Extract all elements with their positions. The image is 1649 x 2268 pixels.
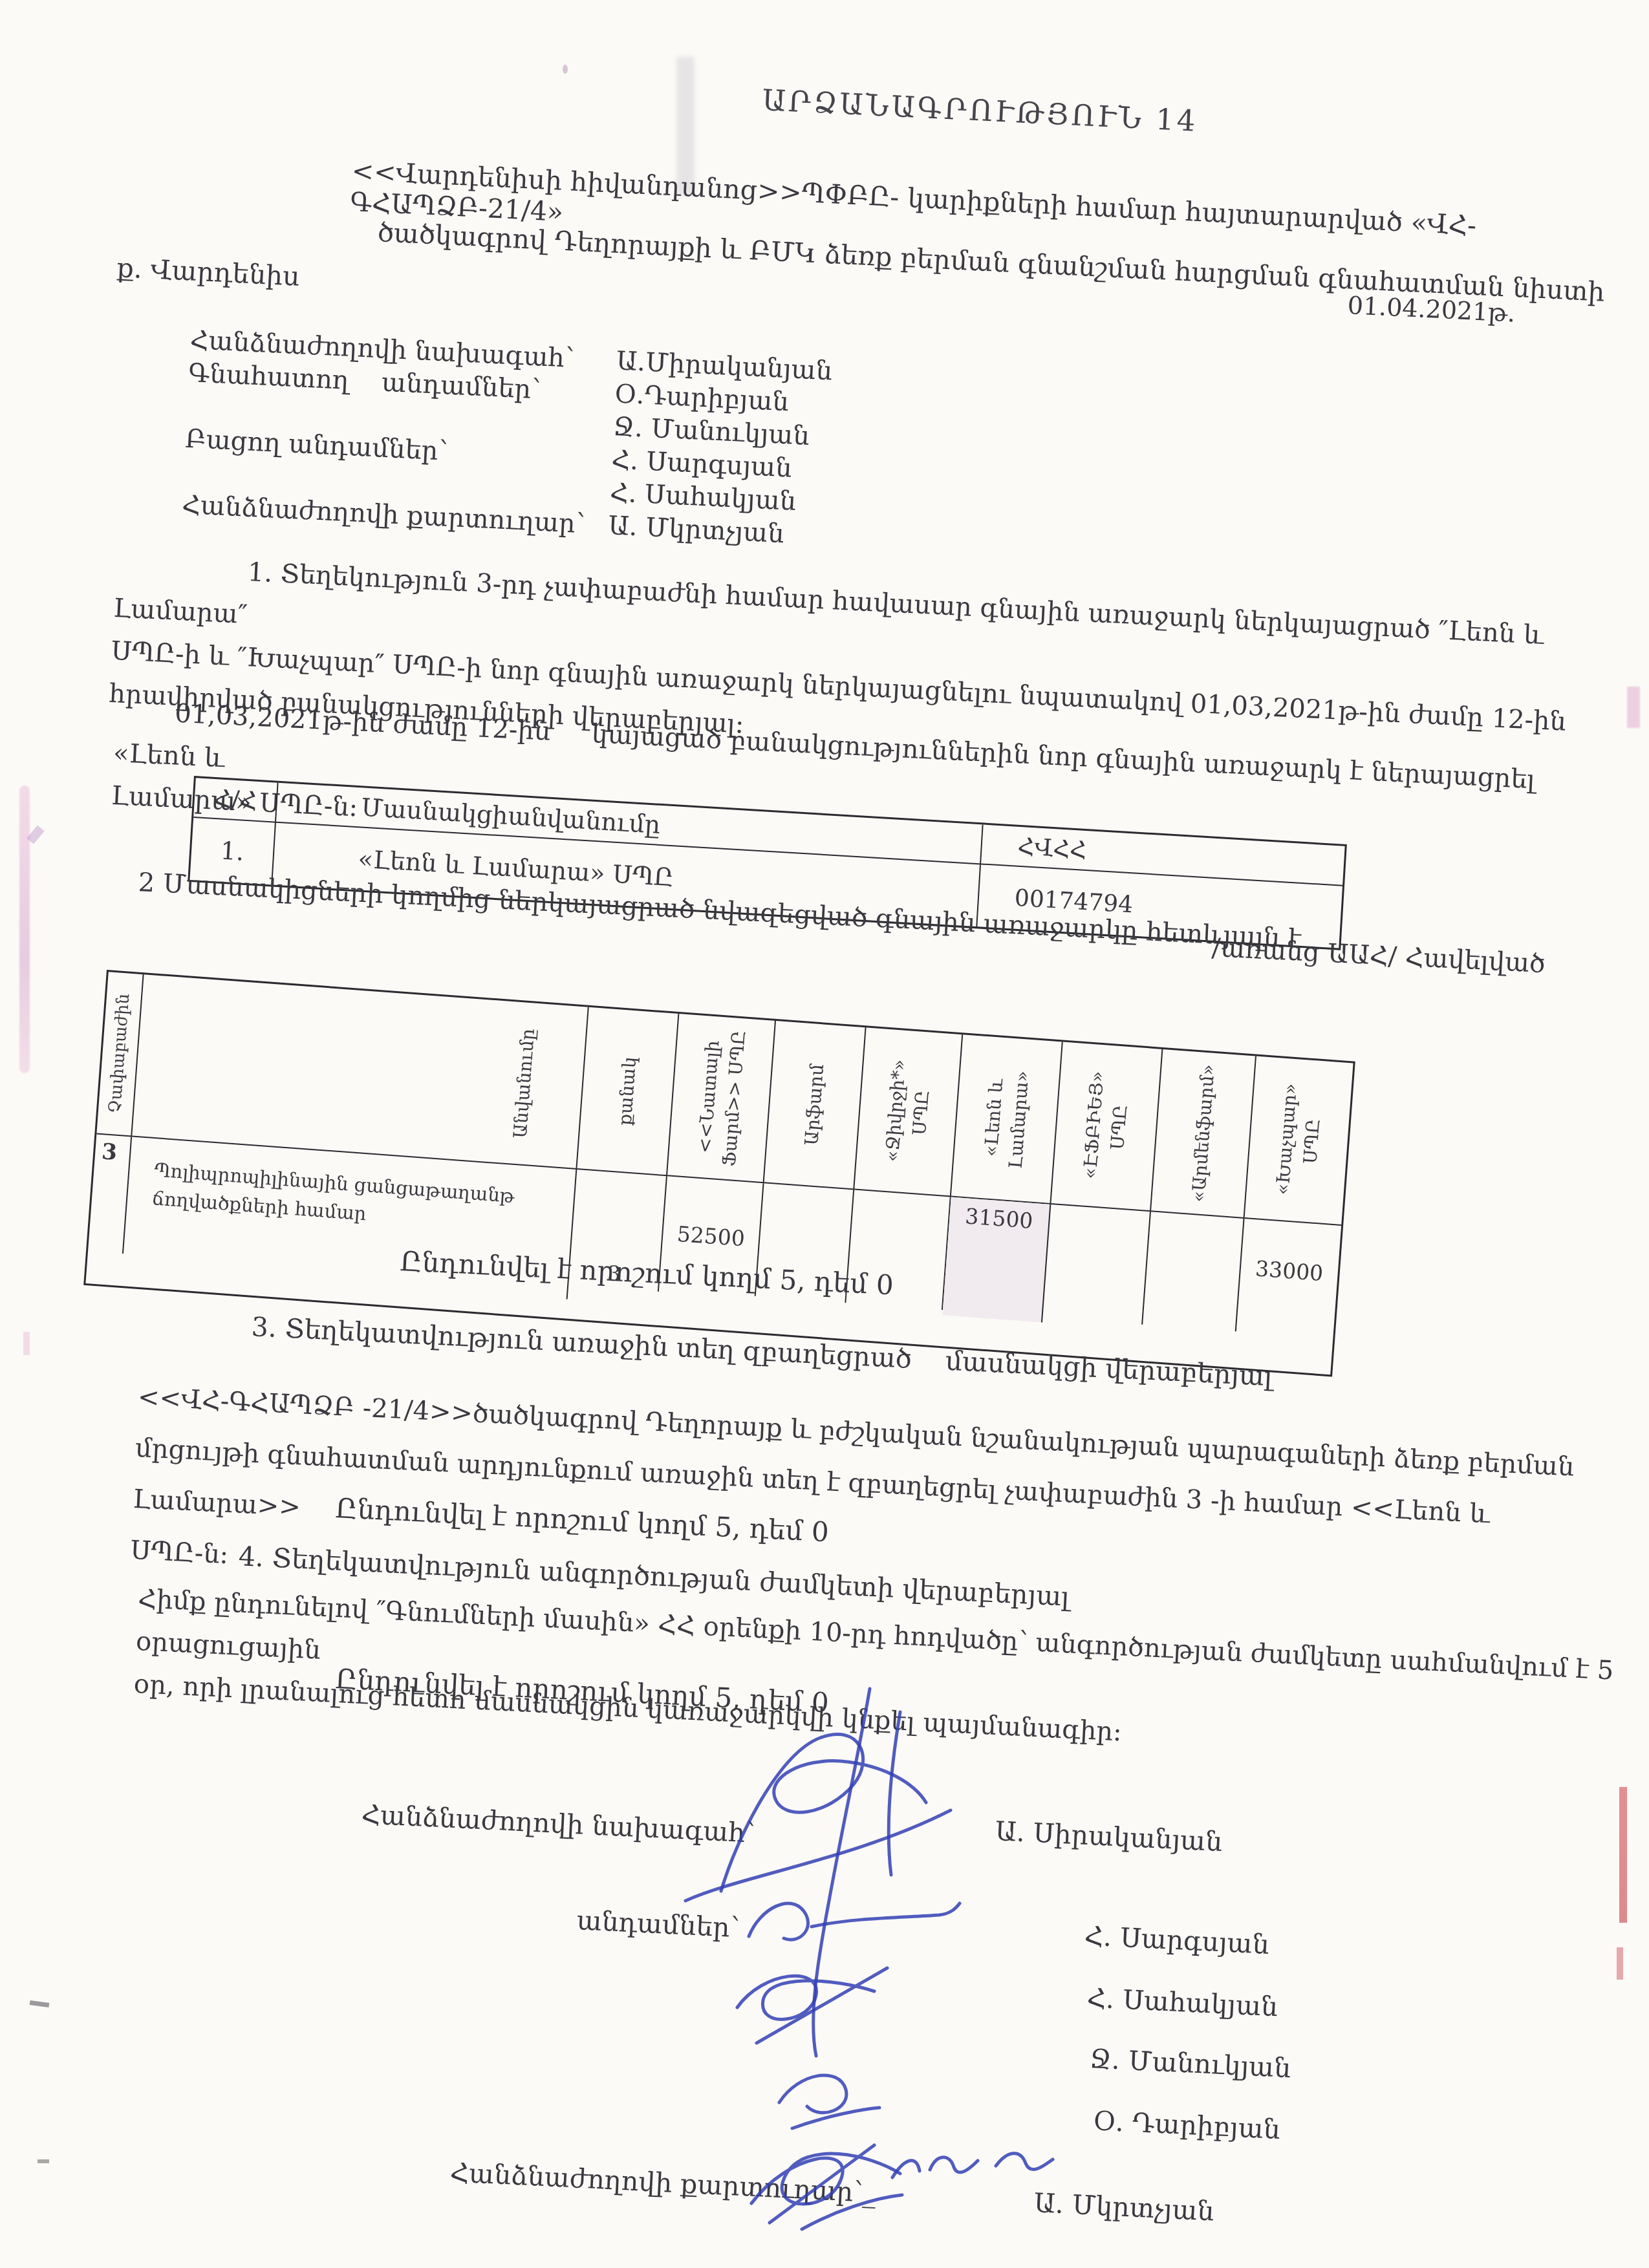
signature-member-1 xyxy=(749,1903,960,1940)
signature-secretary-name: Ա. Մկրտչյան xyxy=(1033,2187,1215,2227)
offers-header-supplier-natali: <<Նատալի Ֆարմ>> ՍՊԸ xyxy=(667,1014,776,1183)
signature-member-name-2: Հ. Սահակյան xyxy=(1086,1982,1279,2022)
participants-col-num: Հ/Հ xyxy=(193,778,278,822)
offers-header-lot-label: Չափաբաժին xyxy=(103,993,136,1115)
signature-president xyxy=(721,1735,926,1891)
offer-efbiey-empty xyxy=(1043,1204,1151,1325)
scan-artifact-pink-mark xyxy=(23,1332,30,1355)
committee-block: Հանձնաժողովի նախագահ՝ Ա.Միրականյան Գնահա… xyxy=(181,325,1159,570)
signature-president-stroke xyxy=(814,1689,870,2056)
supplier-label: «Ջիվրջի*» ՍՊԸ xyxy=(878,1035,939,1188)
signature-president-role: Հանձնաժողովի նախագահ՝ xyxy=(361,1799,756,1849)
offers-header-supplier-arfarm: Արֆարմ xyxy=(764,1021,867,1190)
supplier-label: «Լեոն և Լամարա» xyxy=(976,1042,1037,1195)
offers-header-supplier-leon-lamara: «Լեոն և Լամարա» xyxy=(951,1034,1063,1204)
offer-leon-lamara: 31500 xyxy=(942,1197,1051,1323)
offer-armenfarm-empty xyxy=(1143,1212,1244,1331)
city-label: ք. Վարդենիս xyxy=(116,252,301,292)
supplier-label: «Արմենֆարմ» xyxy=(1185,1064,1221,1203)
offers-header-name-label: Անվանումը xyxy=(508,1028,541,1139)
signature-president-name: Ա. Սիրականյան xyxy=(995,1815,1223,1857)
offers-header-supplier-khachpar: «Խաչպար» ՍՊԸ xyxy=(1245,1056,1353,1226)
signature-member-2 xyxy=(737,1968,887,2043)
signature-member-name-4: Օ. Դարիբյան xyxy=(1093,2105,1281,2145)
signature-secretary-handwriting xyxy=(892,2154,1053,2177)
annex-note: /առանց ԱԱՀ/ Հավելված xyxy=(1211,933,1546,979)
scanned-document-page: ԱՐՁԱՆԱԳՐՈՒԹՅՈՒՆ 14 <<Վարդենիսի հիվանդանո… xyxy=(0,0,1649,2268)
offers-header-qty-label: քանակ xyxy=(612,1056,643,1126)
supplier-label: «ԷՖԲԻԵՅ» ՍՊԸ xyxy=(1075,1049,1137,1203)
signature-members-role: անդամներ՝ xyxy=(576,1905,740,1943)
offers-header-supplier-efbiey: «ԷՖԲԻԵՅ» ՍՊԸ xyxy=(1051,1042,1163,1212)
scan-artifact-right-red xyxy=(1619,1787,1627,1923)
signature-member-name-3: Ջ. Մանուկյան xyxy=(1089,2043,1292,2084)
scan-artifact-right-pink xyxy=(1627,687,1640,728)
scan-artifact-pink-streak xyxy=(19,786,30,1073)
scan-artifact-speck xyxy=(563,65,568,74)
supplier-label: Արֆարմ xyxy=(799,1063,830,1146)
signature-secretary-role: Հանձնաժողովի քարտուղար՝_ xyxy=(449,2157,877,2209)
supplier-label: <<Նատալի Ֆարմ>> ՍՊԸ xyxy=(690,1022,751,1175)
scan-artifact-bottom-dash xyxy=(38,2159,49,2163)
signature-member-3 xyxy=(779,2075,879,2128)
offers-header-qty: քանակ xyxy=(577,1007,679,1177)
supplier-label: «Խաչպար» ՍՊԸ xyxy=(1268,1064,1330,1217)
offers-header-supplier-armenfarm: «Արմենֆարմ» xyxy=(1151,1049,1256,1219)
signature-member-name-1: Հ. Սարգսյան xyxy=(1084,1920,1270,1960)
scan-artifact-right-red-small xyxy=(1617,1947,1623,1980)
document-title: ԱՐՁԱՆԱԳՐՈՒԹՅՈՒՆ 14 xyxy=(761,83,1198,138)
offers-header-name: Անվանումը xyxy=(132,974,589,1170)
offers-header-supplier-jivrji: «Ջիվրջի*» ՍՊԸ xyxy=(854,1027,963,1197)
offer-khachpar: 33000 xyxy=(1234,1219,1342,1375)
scan-artifact-dash xyxy=(30,2000,50,2007)
